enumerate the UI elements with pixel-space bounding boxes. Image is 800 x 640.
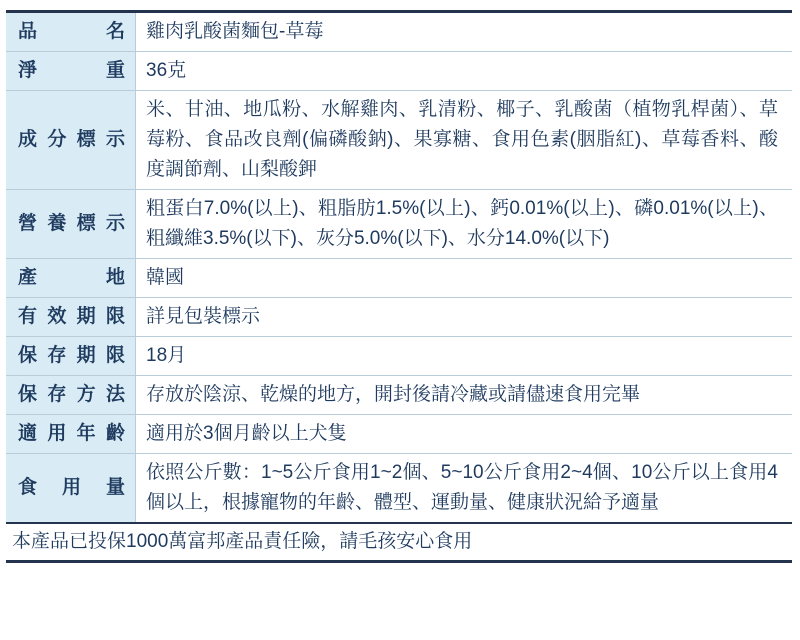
- row-value-cell: 存放於陰涼、乾燥的地方，開封後請冷藏或請儘速食用完畢: [136, 376, 792, 414]
- table-row-nutrition: 營養標示 粗蛋白7.0%(以上)、粗脂肪1.5%(以上)、鈣0.01%(以上)、…: [6, 190, 792, 259]
- row-label: 營養標示: [18, 209, 125, 239]
- row-label: 食用量: [18, 473, 125, 503]
- row-label: 成分標示: [18, 125, 125, 155]
- row-value-cell: 韓國: [136, 259, 792, 297]
- row-value-cell: 詳見包裝標示: [136, 298, 792, 336]
- table-row-product-name: 品名 雞肉乳酸菌麵包-草莓: [6, 13, 792, 52]
- row-value: 米、甘油、地瓜粉、水解雞肉、乳清粉、椰子、乳酸菌（植物乳桿菌）、草莓粉、食品改良…: [146, 95, 778, 185]
- row-label-cell: 產地: [6, 259, 136, 297]
- table-row-feeding-amount: 食用量 依照公斤數：1~5公斤食用1~2個、5~10公斤食用2~4個、10公斤以…: [6, 454, 792, 522]
- row-label: 淨重: [18, 56, 125, 86]
- row-value-cell: 適用於3個月齡以上犬隻: [136, 415, 792, 453]
- row-label: 有效期限: [18, 302, 125, 332]
- table-row-net-weight: 淨重 36克: [6, 52, 792, 91]
- table-row-origin: 產地 韓國: [6, 259, 792, 298]
- row-label-cell: 淨重: [6, 52, 136, 90]
- product-spec-sheet: 品名 雞肉乳酸菌麵包-草莓 淨重 36克 成分標示 米、甘油、地瓜粉、水解雞肉、…: [6, 10, 792, 563]
- row-value-cell: 18月: [136, 337, 792, 375]
- row-label-cell: 適用年齡: [6, 415, 136, 453]
- table-row-suitable-age: 適用年齡 適用於3個月齡以上犬隻: [6, 415, 792, 454]
- row-value: 依照公斤數：1~5公斤食用1~2個、5~10公斤食用2~4個、10公斤以上食用4…: [146, 458, 778, 518]
- row-value-cell: 雞肉乳酸菌麵包-草莓: [136, 13, 792, 51]
- row-value-cell: 依照公斤數：1~5公斤食用1~2個、5~10公斤食用2~4個、10公斤以上食用4…: [136, 454, 792, 522]
- row-value: 適用於3個月齡以上犬隻: [146, 419, 778, 449]
- row-value: 詳見包裝標示: [146, 302, 778, 332]
- row-label: 保存方法: [18, 380, 125, 410]
- row-value: 存放於陰涼、乾燥的地方，開封後請冷藏或請儘速食用完畢: [146, 380, 778, 410]
- row-value: 雞肉乳酸菌麵包-草莓: [146, 17, 778, 47]
- row-value: 36克: [146, 56, 778, 86]
- row-label-cell: 保存期限: [6, 337, 136, 375]
- table-row-shelf-life: 保存期限 18月: [6, 337, 792, 376]
- row-label: 保存期限: [18, 341, 125, 371]
- row-label-cell: 營養標示: [6, 190, 136, 258]
- row-value-cell: 36克: [136, 52, 792, 90]
- row-label-cell: 品名: [6, 13, 136, 51]
- row-label-cell: 保存方法: [6, 376, 136, 414]
- row-label: 品名: [18, 17, 125, 47]
- table-row-storage-method: 保存方法 存放於陰涼、乾燥的地方，開封後請冷藏或請儘速食用完畢: [6, 376, 792, 415]
- row-label-cell: 食用量: [6, 454, 136, 522]
- row-label-cell: 有效期限: [6, 298, 136, 336]
- table-row-ingredients: 成分標示 米、甘油、地瓜粉、水解雞肉、乳清粉、椰子、乳酸菌（植物乳桿菌）、草莓粉…: [6, 91, 792, 190]
- product-info-table: 品名 雞肉乳酸菌麵包-草莓 淨重 36克 成分標示 米、甘油、地瓜粉、水解雞肉、…: [6, 10, 792, 524]
- row-value-cell: 米、甘油、地瓜粉、水解雞肉、乳清粉、椰子、乳酸菌（植物乳桿菌）、草莓粉、食品改良…: [136, 91, 792, 189]
- row-label: 適用年齡: [18, 419, 125, 449]
- row-label: 產地: [18, 263, 125, 293]
- row-value: 18月: [146, 341, 778, 371]
- row-label-cell: 成分標示: [6, 91, 136, 189]
- insurance-note: 本產品已投保1000萬富邦產品責任險，請毛孩安心食用: [6, 524, 792, 563]
- table-row-expiry-date: 有效期限 詳見包裝標示: [6, 298, 792, 337]
- row-value: 韓國: [146, 263, 778, 293]
- row-value: 粗蛋白7.0%(以上)、粗脂肪1.5%(以上)、鈣0.01%(以上)、磷0.01…: [146, 194, 778, 254]
- row-value-cell: 粗蛋白7.0%(以上)、粗脂肪1.5%(以上)、鈣0.01%(以上)、磷0.01…: [136, 190, 792, 258]
